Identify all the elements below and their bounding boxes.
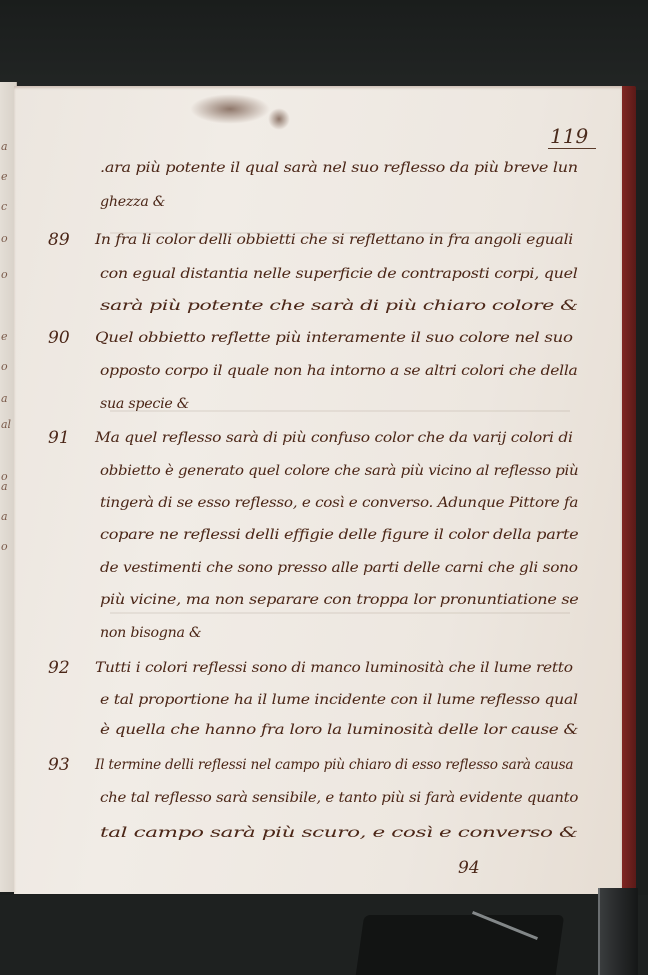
manuscript-line: che tal reflesso sarà sensibile, e tanto… <box>100 790 578 806</box>
paragraph-number: 92 <box>48 658 70 678</box>
page-clip <box>598 888 638 975</box>
folio-number: 119 <box>548 124 596 149</box>
ink-smudge <box>268 108 290 130</box>
manuscript-line: non bisogna & <box>100 625 201 641</box>
background-top <box>0 0 648 90</box>
book-weight <box>356 915 564 975</box>
manuscript-line: Tutti i colori reflessi sono di manco lu… <box>95 660 573 676</box>
left-page-fragment: a <box>1 392 8 405</box>
manuscript-line: .ara più potente il qual sarà nel suo re… <box>100 160 578 176</box>
left-page-fragment: a <box>1 480 8 493</box>
manuscript-line: più vicine, ma non separare con troppa l… <box>100 592 578 608</box>
left-page-fragment: a <box>1 510 8 523</box>
left-page-fragment: e <box>1 330 8 343</box>
paragraph-number: 90 <box>48 328 70 348</box>
manuscript-line: Il termine delli reflessi nel campo più … <box>95 757 573 773</box>
manuscript-line: de vestimenti che sono presso alle parti… <box>100 560 578 576</box>
left-page-fragment: o <box>1 360 8 373</box>
manuscript-line: ghezza & <box>100 194 165 210</box>
paragraph-number: 91 <box>48 428 70 448</box>
manuscript-line: Quel obbietto reflette più interamente i… <box>95 330 573 346</box>
paragraph-number: 93 <box>48 755 70 775</box>
manuscript-line: obbietto è generato quel colore che sarà… <box>100 463 578 479</box>
left-page-fragment: al <box>1 418 11 431</box>
left-page-fragment: e <box>1 170 8 183</box>
left-page-fragment: o <box>1 268 8 281</box>
left-page-fragment: c <box>1 200 7 213</box>
manuscript-line: tal campo sarà più scuro, e così e conve… <box>100 825 578 841</box>
manuscript-line: In fra li color delli obbietti che si re… <box>95 232 573 248</box>
manuscript-line: sua specie & <box>100 396 189 412</box>
manuscript-line: sarà più potente che sarà di più chiaro … <box>100 298 578 314</box>
catchword: 94 <box>458 858 480 878</box>
paragraph-number: 89 <box>48 230 70 250</box>
manuscript-line: tingerà di se esso reflesso, e così e co… <box>100 495 578 511</box>
manuscript-line: è quella che hanno fra loro la luminosit… <box>100 722 578 738</box>
left-page-fragment: a <box>1 140 8 153</box>
manuscript-line: opposto corpo il quale non ha intorno a … <box>100 363 578 379</box>
manuscript-line: con egual distantia nelle superficie de … <box>100 266 578 282</box>
manuscript-line: copare ne reflessi delli effigie delle f… <box>100 527 578 543</box>
left-page-fragment: o <box>1 540 8 553</box>
manuscript-line: Ma quel reflesso sarà di più confuso col… <box>95 430 573 446</box>
ink-smudge <box>190 94 270 124</box>
manuscript-line: e tal proportione ha il lume incidente c… <box>100 692 578 708</box>
show-through-line <box>110 612 570 614</box>
left-page-fragment: o <box>1 232 8 245</box>
